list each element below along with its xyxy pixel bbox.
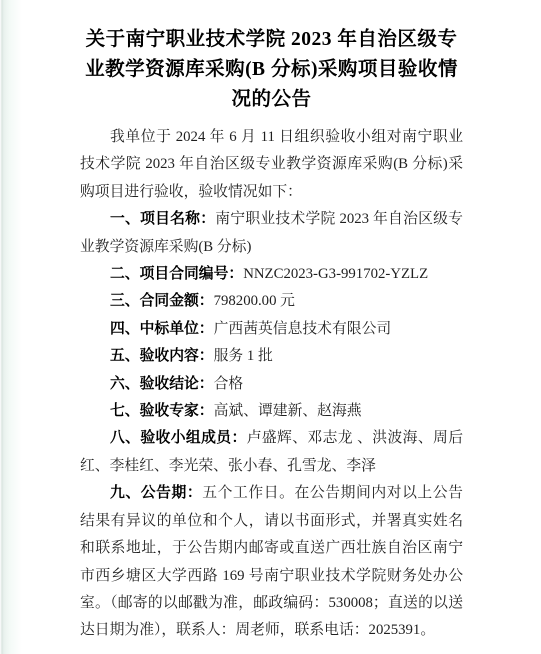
item-acceptance-content-value: 服务 1 批 (214, 348, 273, 364)
page-left-edge-shadow (0, 0, 22, 654)
title-line-2: 业教学资源库采购(B 分标)采购项目验收情 (80, 55, 463, 85)
item-project-name-label: 一、项目名称： (110, 211, 215, 227)
item-contract-amount-label: 三、合同金额： (110, 293, 214, 309)
item-winning-bidder: 四、中标单位：广西茜英信息技术有限公司 (80, 316, 463, 343)
item-announcement-period-label: 九、公告期： (110, 485, 202, 501)
item-contract-number-value: NNZC2023-G3-991702-YZLZ (243, 266, 428, 282)
document-body: 关于南宁职业技术学院 2023 年自治区级专 业教学资源库采购(B 分标)采购项… (80, 0, 463, 645)
item-acceptance-conclusion-label: 六、验收结论： (110, 376, 214, 392)
item-acceptance-team: 八、验收小组成员：卢盛辉、邓志龙 、洪波海、周后红、李桂红、李光荣、张小春、孔雪… (80, 425, 463, 480)
item-contract-number-label: 二、项目合同编号： (110, 266, 243, 282)
title-line-3: 况的公告 (80, 85, 463, 115)
item-acceptance-experts-value: 高斌、谭建新、赵海燕 (214, 403, 362, 419)
item-winning-bidder-value: 广西茜英信息技术有限公司 (214, 321, 392, 337)
item-announcement-period-value: 五个工作日。在公告期间内对以上公告结果有异议的单位和个人，请以书面形式，并署真实… (80, 485, 463, 638)
intro-paragraph: 我单位于 2024 年 6 月 11 日组织验收小组对南宁职业技术学院 2023… (80, 124, 463, 206)
item-contract-number: 二、项目合同编号：NNZC2023-G3-991702-YZLZ (80, 261, 463, 288)
announcement-content: 我单位于 2024 年 6 月 11 日组织验收小组对南宁职业技术学院 2023… (80, 124, 463, 645)
item-acceptance-conclusion: 六、验收结论：合格 (80, 371, 463, 398)
item-acceptance-content: 五、验收内容：服务 1 批 (80, 343, 463, 370)
item-winning-bidder-label: 四、中标单位： (110, 321, 214, 337)
item-acceptance-content-label: 五、验收内容： (110, 348, 214, 364)
page-title: 关于南宁职业技术学院 2023 年自治区级专 业教学资源库采购(B 分标)采购项… (80, 25, 463, 115)
item-announcement-period: 九、公告期：五个工作日。在公告期间内对以上公告结果有异议的单位和个人，请以书面形… (80, 480, 463, 644)
item-contract-amount-value: 798200.00 元 (214, 293, 295, 309)
item-acceptance-experts: 七、验收专家：高斌、谭建新、赵海燕 (80, 398, 463, 425)
item-project-name: 一、项目名称：南宁职业技术学院 2023 年自治区级专业教学资源库采购(B 分标… (80, 206, 463, 261)
item-contract-amount: 三、合同金额：798200.00 元 (80, 288, 463, 315)
item-acceptance-team-label: 八、验收小组成员： (110, 430, 247, 446)
item-acceptance-experts-label: 七、验收专家： (110, 403, 214, 419)
title-line-1: 关于南宁职业技术学院 2023 年自治区级专 (80, 25, 463, 55)
item-acceptance-conclusion-value: 合格 (214, 376, 244, 392)
announcement-page: 关于南宁职业技术学院 2023 年自治区级专 业教学资源库采购(B 分标)采购项… (0, 0, 541, 654)
